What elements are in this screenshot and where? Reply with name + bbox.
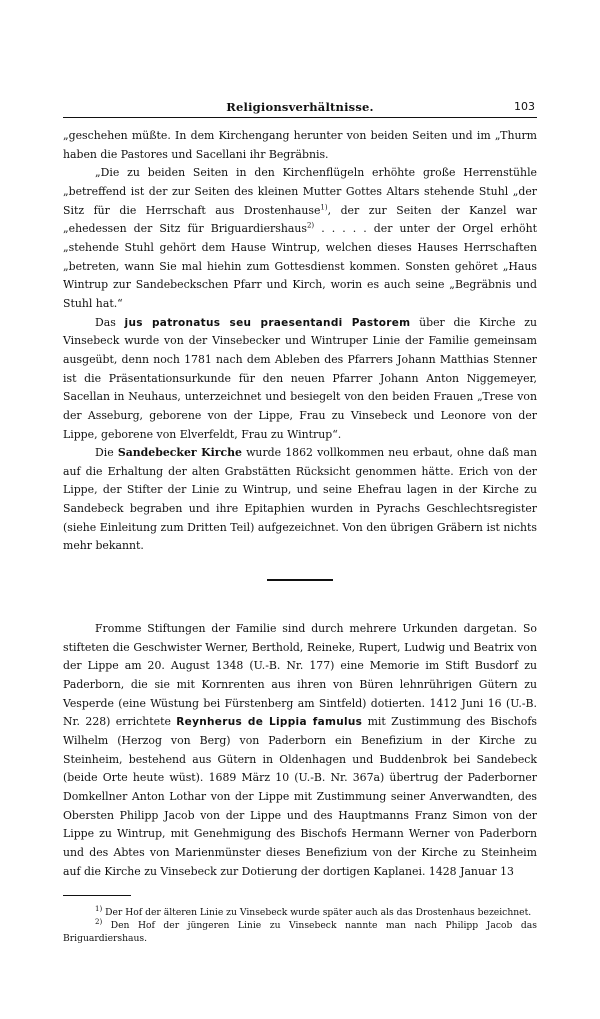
footnote-text: Der Hof der älteren Linie zu Vinsebeck w… [105,907,531,918]
paragraph-text: Fromme Stiftungen der Familie sind durch… [63,622,537,728]
section-divider [267,579,333,581]
paragraph-text: Das [95,316,125,329]
paragraph-foundations: Fromme Stiftungen der Familie sind durch… [63,620,537,881]
main-text: „geschehen müßte. In dem Kirchengang her… [63,127,537,881]
footnote-ref-1[interactable]: 1) [320,203,327,211]
paragraph-quote-seating: „Die zu beiden Seiten in den Kirchenflüg… [63,164,537,313]
paragraph-text: über die Kirche zu Vinsebeck wurde von d… [63,316,537,441]
footnote-text: Den Hof der jüngeren Linie zu Vinsebeck … [63,920,537,944]
paragraph-patronage: Das jus patronatus seu praesentandi Past… [63,314,537,445]
paragraph-text: mit Zustimmung des Bischofs Wilhelm (Her… [63,715,537,877]
bold-phrase: Sandebecker Kirche [118,446,242,459]
footnote-1: 1) Der Hof der älteren Linie zu Vinsebec… [63,906,537,919]
paragraph-text: . . . . . der unter der Orgel erhöht „st… [63,222,537,310]
running-head: Religionsverhältnisse. 103 [63,100,537,118]
footnote-mark: 1) [95,905,102,913]
latin-phrase: jus patronatus seu praesentandi Pastorem [125,317,411,329]
footnote-mark: 2) [95,918,102,926]
paragraph-text: Die [95,446,118,459]
footnote-2: 2) Den Hof der jüngeren Linie zu Vinsebe… [63,919,537,945]
paragraph-text: wurde 1862 vollkommen neu erbaut, ohne d… [63,446,537,552]
footnote-divider [63,895,131,896]
footnotes: 1) Der Hof der älteren Linie zu Vinsebec… [63,906,537,945]
paragraph-quote-continuation: „geschehen müßte. In dem Kirchengang her… [63,127,537,164]
book-page: Religionsverhältnisse. 103 „geschehen mü… [63,100,537,945]
paragraph-sandebeck-church: Die Sandebecker Kirche wurde 1862 vollko… [63,444,537,556]
running-head-title: Religionsverhältnisse. [63,100,537,114]
page-number: 103 [514,100,535,113]
latin-phrase: Reynherus de Lippia famulus [176,716,362,728]
